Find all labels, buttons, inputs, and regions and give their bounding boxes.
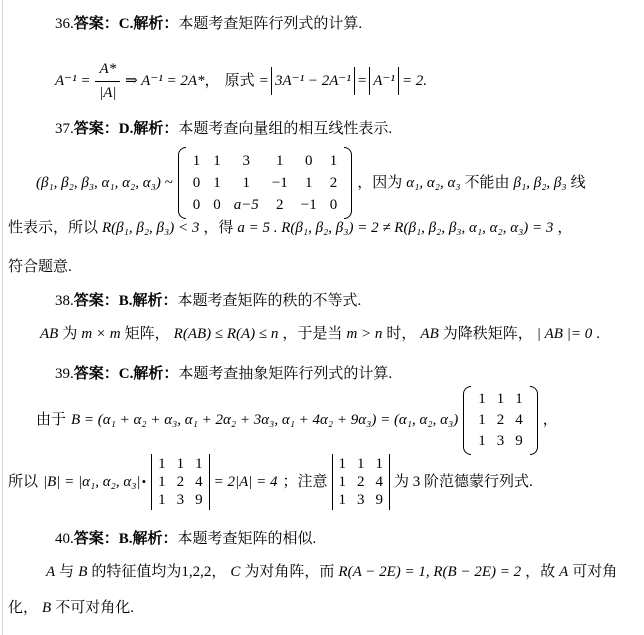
determinant-cell: 1	[339, 455, 347, 473]
matrix-cell: 2	[276, 194, 284, 216]
math-AB-2: AB	[420, 326, 438, 342]
math-equals-2detA: = 2|A| = 4	[214, 472, 278, 492]
beta-vectors: β₁, β₂, β₃	[514, 173, 567, 193]
determinant-bar	[354, 67, 355, 95]
answer-value-37: D.	[119, 121, 134, 137]
determinant-cell: 3	[177, 491, 185, 509]
answer-value-40: B.	[119, 531, 133, 547]
problem-number-37: 37.	[55, 121, 74, 137]
solution-40-conclusion: 化，B不可对角化.	[8, 598, 134, 618]
formula-36: A⁻¹ = A* |A| ⇒ A⁻¹ = 2A* ， 原式 = 3A⁻¹ − 2…	[55, 55, 427, 107]
matrix-cell: −1	[272, 172, 288, 194]
math-A-2: A	[559, 564, 568, 580]
determinant-expression-1: 3A⁻¹ − 2A⁻¹	[271, 67, 355, 95]
math-detB-equals: |B| = |α₁, α₂, α₃|	[43, 472, 141, 492]
text-is: 为	[62, 326, 77, 342]
rank-inequality: R(β₁, β₂, β₃) < 3	[102, 220, 199, 236]
determinant-grid: 1 1 1 1 2 4 1 3 9	[333, 454, 390, 510]
text-eigenvalues-are: 的特征值均为	[91, 564, 181, 580]
problem-number-36: 36.	[55, 16, 74, 32]
determinant-cell: 2	[177, 473, 185, 491]
answer-value-39: C.	[119, 366, 134, 382]
rank-equalities: a = 5 . R(β₁, β₂, β₃) = 2 ≠ R(β₁, β₂, β₃…	[237, 220, 553, 236]
answer-value-38: B.	[119, 293, 133, 309]
equals-sign: =	[358, 71, 366, 91]
solution-37-continuation: 性表示，所以R(β₁, β₂, β₃) < 3，得a = 5 . R(β₁, β…	[8, 218, 572, 238]
math-A: A	[46, 564, 55, 580]
matrix-cell: 1	[243, 172, 251, 194]
text-expression: 性表示，所以	[8, 220, 98, 236]
solution-40-header: 40.答案：B.解析：本题考查矩阵的相似.	[55, 529, 316, 549]
determinant-cell: 1	[158, 455, 166, 473]
determinant-expression-2: A⁻¹	[369, 67, 399, 95]
text-matrix: 矩阵，	[125, 326, 170, 342]
math-detAB-zero: | AB |= 0	[537, 326, 592, 342]
formula-39-a: 由于 B = (α₁ + α₂ + α₃, α₁ + 2α₂ + 3α₃, α₁…	[36, 385, 558, 455]
solution-37-conclusion: 符合题意.	[8, 257, 72, 277]
determinant-content: A⁻¹	[370, 67, 398, 95]
math-result: = 2.	[402, 71, 427, 91]
solution-36-header: 36.答案：C.解析：本题考查矩阵行列式的计算.	[55, 14, 362, 34]
math-implies: ⇒ A⁻¹ = 2A*	[125, 71, 204, 91]
determinant-bar	[209, 454, 210, 510]
matrix-cell: 0	[213, 194, 221, 216]
text-vandermonde: 为 3 阶范德蒙行列式.	[394, 472, 533, 492]
matrix-cell: 0	[330, 194, 338, 216]
analysis-label-36: 解析：	[133, 16, 178, 32]
solution-38-header: 38.答案：B.解析：本题考查矩阵的秩的不等式.	[55, 291, 361, 311]
answer-label-39: 答案：	[74, 366, 119, 382]
formula-37-matrix-row: (β₁, β₂, β₃, α₁, α₂, α₃) ~ 1 1 3 1 0 1 0…	[36, 146, 586, 220]
matrix-grid: 1 1 3 1 0 1 0 1 1 −1 1 2 0 0 a−5 2 −1 0	[186, 147, 345, 219]
text-not-diagonalizable: 不可对角化.	[55, 600, 134, 616]
determinant-cell: 4	[195, 473, 203, 491]
determinant-cell: 1	[339, 473, 347, 491]
fraction-denominator: |A|	[99, 82, 116, 103]
text-since: 由于	[36, 410, 66, 430]
eigenvalue-list: 1,2,2	[181, 564, 211, 580]
vandermonde-determinant-2: 1 1 1 1 2 4 1 3 9	[332, 454, 391, 510]
rank-chain: R(AB) ≤ R(A) ≤ n	[174, 326, 279, 342]
comma: ，	[557, 220, 572, 236]
determinant-cell: 2	[357, 473, 365, 491]
matrix-cell: 3	[243, 150, 251, 172]
solution-40-body: A与B的特征值均为1,2,2，C为对角阵，而R(A − 2E) = 1, R(B…	[42, 562, 617, 582]
solution-37-header: 37.答案：D.解析：本题考查向量组的相互线性表示.	[55, 119, 392, 139]
matrix-cell: 0	[305, 150, 313, 172]
text-therefore: 所以	[8, 472, 38, 492]
matrix-cell: 1	[478, 410, 486, 431]
matrix-cell: 1	[478, 389, 486, 410]
text-when: 时，	[386, 326, 416, 342]
equals-sign: =	[260, 71, 268, 91]
analysis-text-40: 本题考查矩阵的相似.	[178, 531, 317, 547]
matrix-cell: 2	[330, 172, 338, 194]
determinant-content: 3A⁻¹ − 2A⁻¹	[272, 67, 354, 95]
matrix-cell: 0	[193, 194, 201, 216]
analysis-text-38: 本题考查矩阵的秩的不等式.	[178, 293, 362, 309]
vandermonde-determinant-1: 1 1 1 1 2 4 1 3 9	[151, 454, 210, 510]
problem-number-38: 38.	[55, 293, 74, 309]
matrix-cell: 9	[515, 431, 523, 452]
matrix-cell: 1	[305, 172, 313, 194]
answer-label-38: 答案：	[74, 293, 119, 309]
matrix-cell: 1	[213, 150, 221, 172]
determinant-cell: 3	[357, 491, 365, 509]
comma: ，	[543, 410, 558, 430]
matrix-cell: 0	[193, 172, 201, 194]
matrix-cell: −1	[301, 194, 317, 216]
text-hence: ，故	[525, 564, 555, 580]
left-paren	[178, 147, 186, 219]
vector-group-list: (β₁, β₂, β₃, α₁, α₂, α₃) ~	[36, 173, 173, 193]
determinant-cell: 1	[177, 455, 185, 473]
matrix-cell: 1	[515, 389, 523, 410]
matrix-cell: 1	[193, 150, 201, 172]
math-B-2: B	[42, 600, 51, 616]
formula-39-b: 所以 |B| = |α₁, α₂, α₃| • 1 1 1 1 2 4 1 3 …	[8, 450, 533, 514]
math-AB: AB	[40, 326, 58, 342]
text-meets-requirement: 符合题意.	[8, 259, 72, 275]
solution-38-body: AB为m × m矩阵，R(AB) ≤ R(A) ≤ n，于是当m > n时，AB…	[36, 324, 600, 344]
comma: ，	[205, 71, 220, 91]
text-linear-start: 线	[571, 173, 586, 193]
answer-label-40: 答案：	[74, 531, 119, 547]
determinant-bar	[389, 454, 390, 510]
determinant-cell: 9	[376, 491, 384, 509]
math-C: C	[230, 564, 240, 580]
matrix-cell: a−5	[234, 194, 259, 216]
matrix-39: 1 1 1 1 2 4 1 3 9	[463, 386, 538, 455]
math-B: B	[78, 564, 87, 580]
rank-conditions: R(A − 2E) = 1, R(B − 2E) = 2	[338, 564, 521, 580]
text-obtain: ，得	[203, 220, 233, 236]
analysis-label-38: 解析：	[133, 293, 178, 309]
left-paren	[463, 386, 471, 455]
determinant-cell: 1	[339, 491, 347, 509]
fraction-numerator: A*	[95, 59, 120, 81]
determinant-cell: 1	[357, 455, 365, 473]
multiplication-dot: •	[142, 473, 147, 491]
matrix-cell: 1	[478, 431, 486, 452]
matrix-cell: 1	[330, 150, 338, 172]
answer-label-37: 答案：	[74, 121, 119, 137]
text-because: ，因为	[357, 173, 402, 193]
analysis-text-39: 本题考查抽象矩阵行列式的计算.	[178, 366, 392, 382]
right-paren	[530, 386, 538, 455]
original-expression-label: 原式	[225, 71, 255, 91]
problem-number-40: 40.	[55, 531, 74, 547]
determinant-cell: 1	[195, 455, 203, 473]
analysis-label-39: 解析：	[133, 366, 178, 382]
math-mxm: m × m	[81, 326, 120, 342]
matrix-cell: 1	[276, 150, 284, 172]
text-cannot-be-expressed: 不能由	[465, 173, 510, 193]
text-diagonal-matrix: 为对角阵，而	[244, 564, 334, 580]
matrix-cell: 4	[515, 410, 523, 431]
right-paren	[344, 147, 352, 219]
matrix-cell: 1	[497, 389, 505, 410]
alpha-vectors: α₁, α₂, α₃	[406, 173, 460, 193]
math-m-gt-n: m > n	[346, 326, 382, 342]
solution-39-header: 39.答案：C.解析：本题考查抽象矩阵行列式的计算.	[55, 364, 392, 384]
determinant-grid: 1 1 1 1 2 4 1 3 9	[152, 454, 209, 510]
analysis-text-37: 本题考查向量组的相互线性表示.	[178, 121, 392, 137]
math-a-inverse: A⁻¹ =	[55, 71, 90, 91]
answer-label-36: 答案：	[74, 16, 119, 32]
analysis-label-40: 解析：	[133, 531, 178, 547]
period: .	[596, 326, 600, 342]
text-diagonalizable-start: 可对角	[572, 564, 617, 580]
analysis-text-36: 本题考查矩阵行列式的计算.	[178, 16, 362, 32]
determinant-cell: 1	[158, 491, 166, 509]
matrix-grid: 1 1 1 1 2 4 1 3 9	[471, 386, 530, 455]
matrix-cell: 1	[213, 172, 221, 194]
determinant-cell: 4	[376, 473, 384, 491]
analysis-label-37: 解析：	[133, 121, 178, 137]
page-border-left	[2, 0, 3, 635]
determinant-bar	[398, 67, 399, 95]
text-therefore-when: ，于是当	[282, 326, 342, 342]
answer-value-36: C.	[119, 16, 134, 32]
matrix-37: 1 1 3 1 0 1 0 1 1 −1 1 2 0 0 a−5 2 −1 0	[178, 147, 353, 219]
comma: ，	[211, 564, 226, 580]
matrix-cell: 3	[497, 431, 505, 452]
text-ized: 化，	[8, 600, 38, 616]
determinant-cell: 9	[195, 491, 203, 509]
determinant-cell: 1	[158, 473, 166, 491]
text-rank-deficient: 为降秩矩阵，	[443, 326, 533, 342]
determinant-cell: 1	[376, 455, 384, 473]
fraction-adjugate-over-det: A* |A|	[95, 59, 120, 103]
text-note: ；注意	[283, 472, 328, 492]
matrix-cell: 2	[497, 410, 505, 431]
text-and: 与	[59, 564, 74, 580]
math-B-decomposition: B = (α₁ + α₂ + α₃, α₁ + 2α₂ + 3α₃, α₁ + …	[71, 410, 458, 430]
problem-number-39: 39.	[55, 366, 74, 382]
